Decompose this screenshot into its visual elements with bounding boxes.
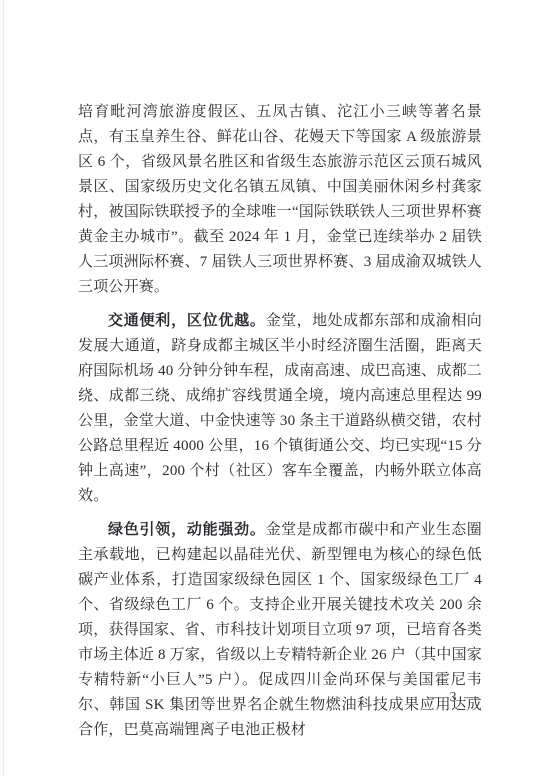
- paragraph: 交通便利，区位优越。金堂，地处成都东部和成渝相向发展大通道，跻身成都主城区半小时…: [78, 308, 482, 509]
- paragraph-text: 金堂是成都市碳中和产业生态圈主承载地，已构建起以晶硅光伏、新型锂电为核心的绿色低…: [78, 522, 482, 738]
- paragraph: 绿色引领，动能强劲。金堂是成都市碳中和产业生态圈主承载地，已构建起以晶硅光伏、新…: [78, 517, 482, 743]
- paragraph-text: 培育毗河湾旅游度假区、五凤古镇、沱江小三峡等著名景点，有玉皇养生谷、鲜花山谷、花…: [78, 104, 482, 295]
- document-page: 培育毗河湾旅游度假区、五凤古镇、沱江小三峡等著名景点，有玉皇养生谷、鲜花山谷、花…: [0, 0, 550, 776]
- paragraph-lead: 交通便利，区位优越。: [108, 312, 266, 329]
- paragraph: 培育毗河湾旅游度假区、五凤古镇、沱江小三峡等著名景点，有玉皇养生谷、鲜花山谷、花…: [78, 99, 482, 300]
- paragraph-lead: 绿色引领，动能强劲。: [108, 521, 266, 538]
- page-body-text: 培育毗河湾旅游度假区、五凤古镇、沱江小三峡等著名景点，有玉皇养生谷、鲜花山谷、花…: [78, 99, 482, 743]
- page-number: — 3 —: [428, 688, 480, 708]
- paragraph-text: 金堂，地处成都东部和成渝相向发展大通道，跻身成都主城区半小时经济圈生活圈，距离天…: [78, 313, 482, 504]
- scan-edge-line: [3, 0, 4, 776]
